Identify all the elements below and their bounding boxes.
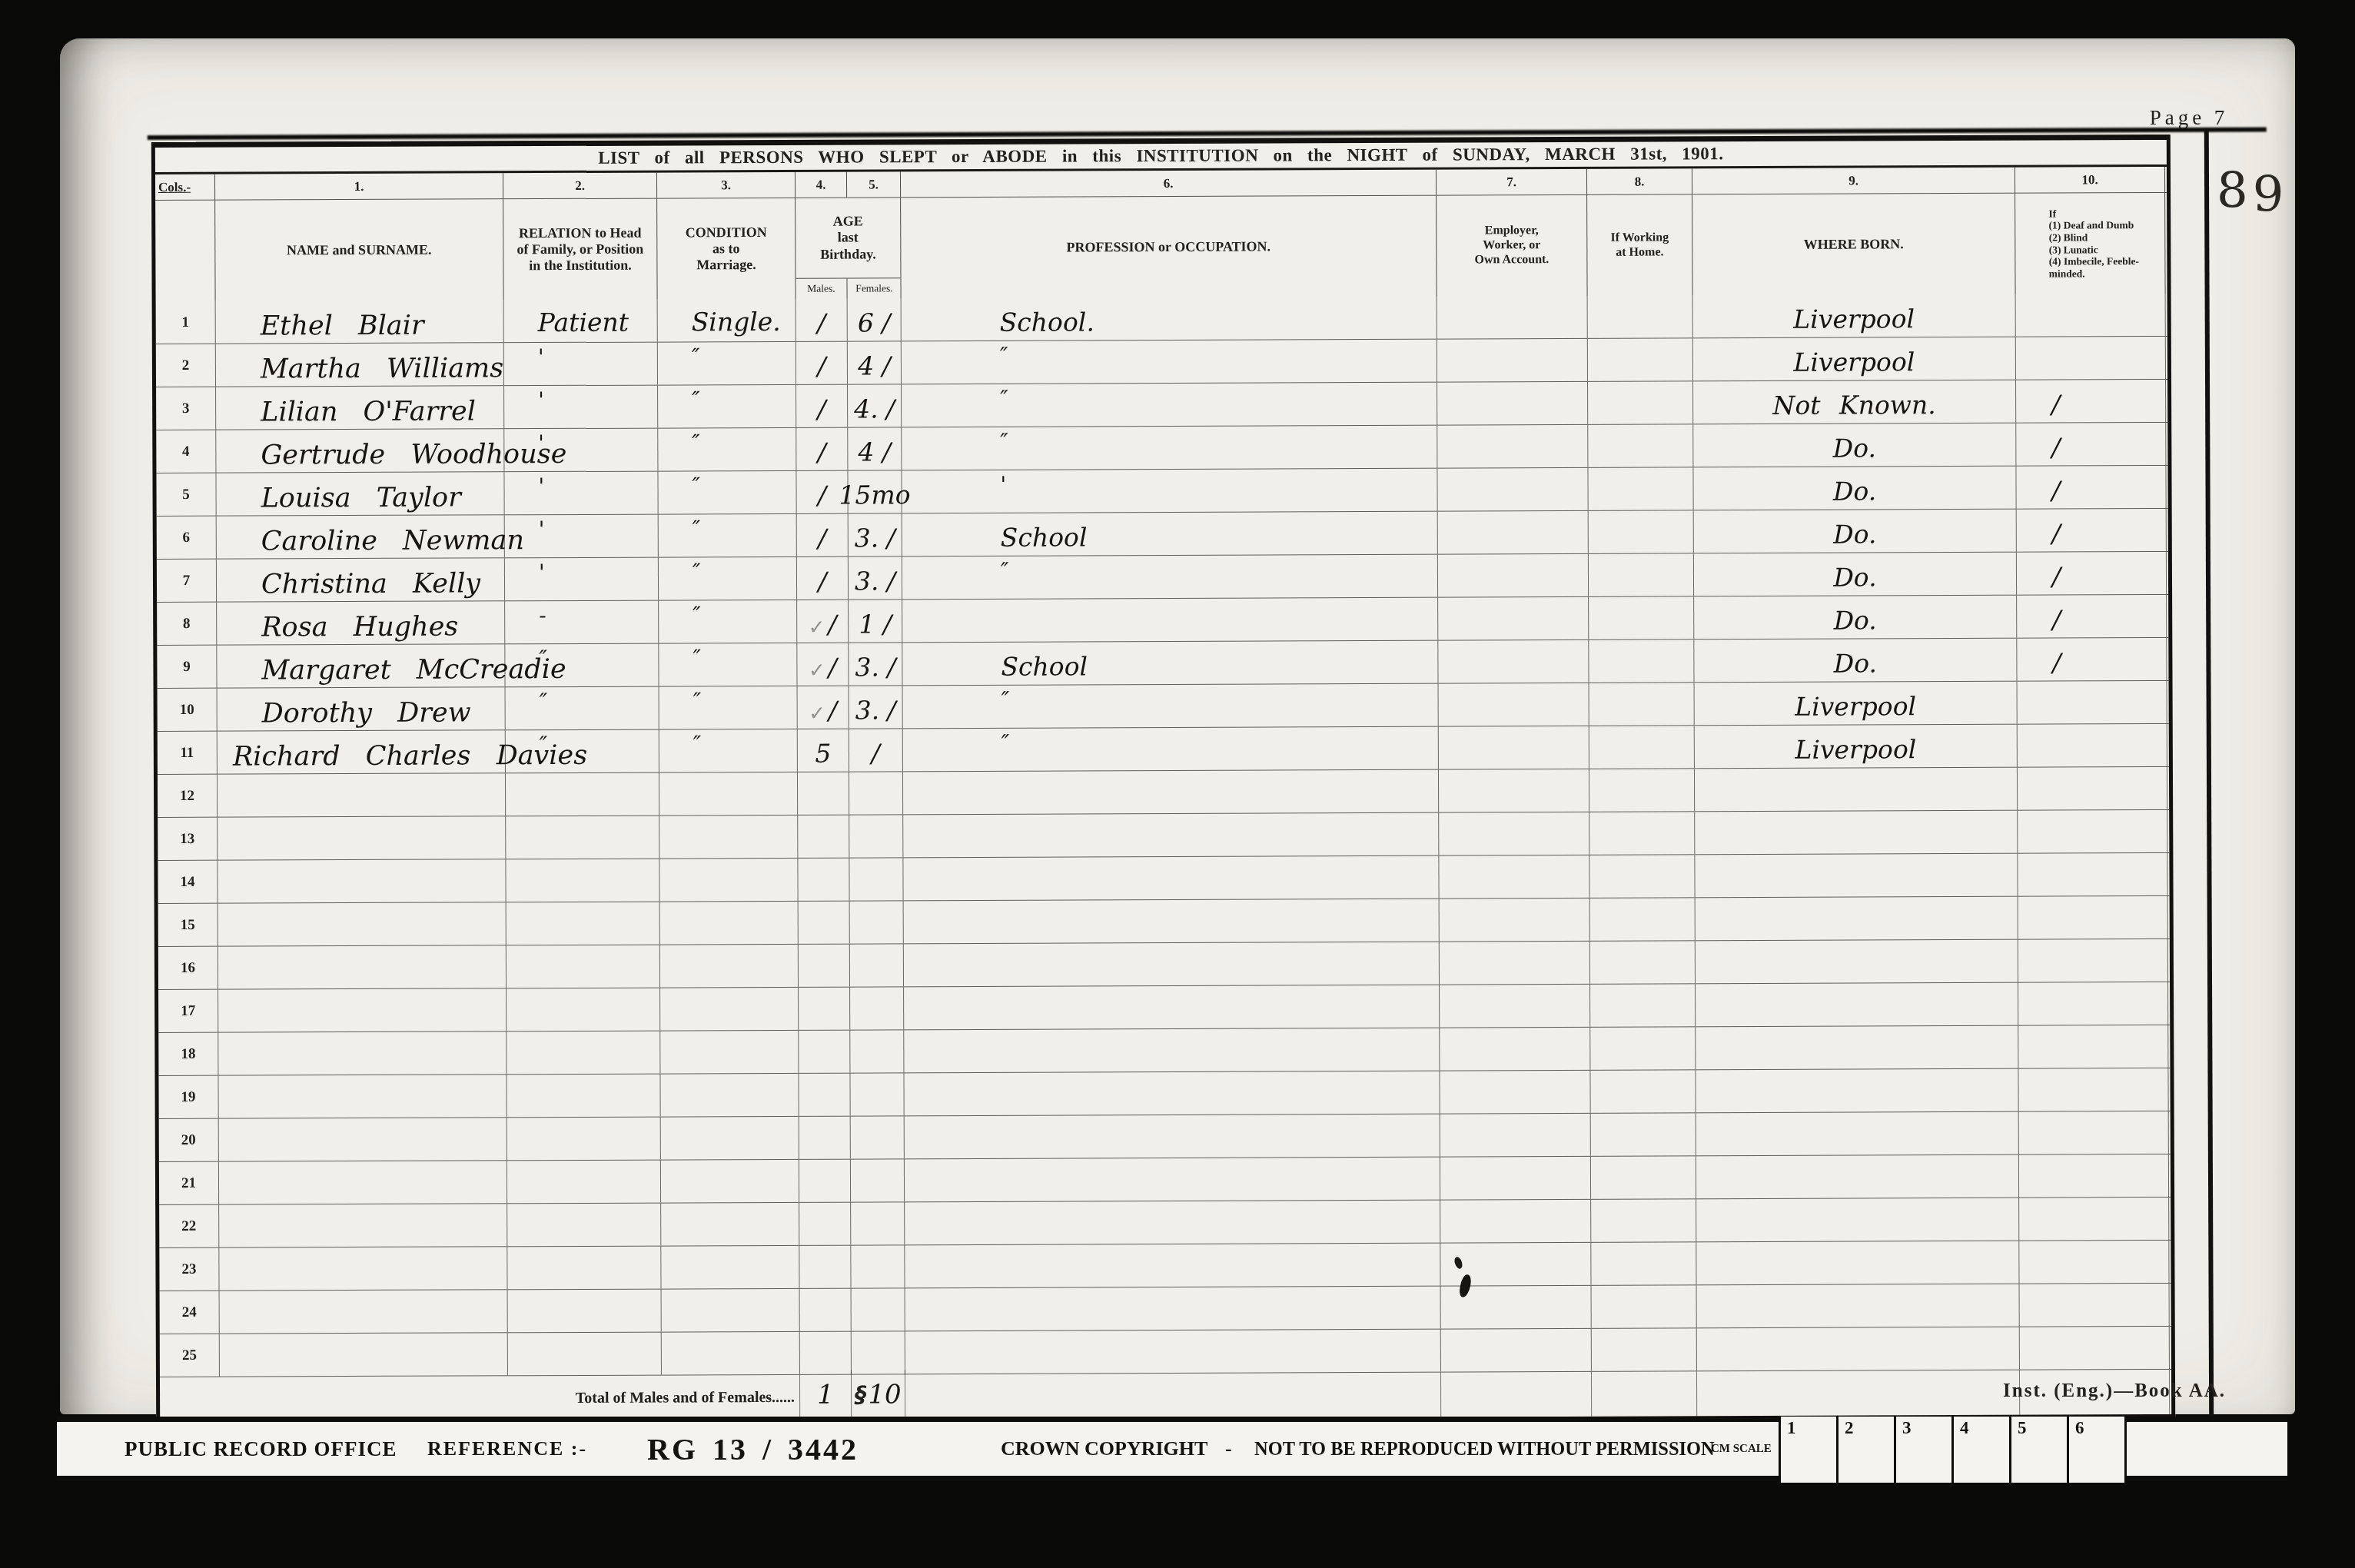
cell-condition [661, 1160, 799, 1203]
cell-profession [904, 985, 1440, 1030]
cell-profession: ″ [902, 555, 1438, 600]
row-number: 12 [158, 775, 218, 817]
header-infirmity: If (1) Deaf and Dumb (2) Blind (3) Lunat… [2015, 193, 2166, 294]
cell-relation [507, 1118, 661, 1161]
total-females: §10 [852, 1370, 905, 1419]
table-row: 5 Louisa Taylor ' ″ / 15mo ' Do. / [156, 466, 2167, 517]
cell-working-home [1589, 596, 1694, 639]
cell-age-male [799, 902, 850, 944]
cell-condition: Single. [658, 299, 796, 342]
cell-age-male: / [796, 385, 848, 427]
cell-age-male: / [797, 557, 849, 600]
cell-age-female [850, 987, 904, 1029]
document-paper: Page 7 LIST of all PERSONS WHO SLEPT or … [60, 38, 2295, 1414]
cell-employer [1440, 942, 1590, 985]
cell-profession [903, 770, 1439, 815]
cell-condition [659, 772, 798, 816]
cell-age-female [850, 944, 904, 986]
cell-profession: ″ [902, 426, 1437, 470]
cell-working-home [1590, 898, 1696, 941]
table-row: 11 Richard Charles Davies ″ ″ 5 / ″ Live… [158, 724, 2169, 775]
cell-age-male: ✓/ [798, 686, 849, 729]
row-number: 8 [157, 603, 217, 645]
totals-spacer [1441, 1372, 1592, 1417]
row-number: 7 [157, 560, 217, 602]
header-profession: PROFESSION or OCCUPATION. [901, 196, 1437, 299]
cell-where-born: Do. [1694, 639, 2017, 683]
cell-where-born [1696, 1198, 2019, 1242]
col-num-6: 6. [901, 170, 1437, 198]
cell-working-home [1589, 855, 1695, 898]
row-number: 14 [158, 861, 218, 903]
cell-working-home [1592, 1285, 1697, 1328]
table-row: 13 [158, 810, 2169, 861]
table-row: 10 Dorothy Drew ″ ″ ✓/ 3. / ″ Liverpool [158, 681, 2169, 732]
row-number: 19 [158, 1076, 218, 1118]
cell-condition: ″ [658, 385, 796, 428]
cell-infirmity [2018, 724, 2167, 767]
cell-name [220, 1290, 508, 1333]
col-num-10: 10. [2015, 167, 2165, 193]
cell-age-female [849, 815, 903, 857]
cell-employer [1440, 1200, 1591, 1243]
cell-infirmity [2019, 1198, 2169, 1241]
cell-name: Caroline Newman [217, 515, 505, 558]
cell-working-home [1588, 467, 1693, 510]
header-males: Males. [796, 279, 847, 299]
cell-age-female: 3. / [849, 686, 903, 728]
cell-age-male [798, 772, 849, 815]
cell-where-born [1696, 1026, 2018, 1070]
cell-name: Lilian O'Farrel [216, 386, 504, 429]
cell-working-home [1591, 1113, 1696, 1156]
cell-where-born [1696, 1112, 2019, 1156]
cell-condition [660, 945, 799, 988]
cell-employer [1439, 812, 1589, 855]
cell-profession [903, 856, 1439, 901]
cell-working-home [1590, 1027, 1696, 1070]
cell-where-born: Liverpool [1693, 337, 2016, 381]
cell-age-male [800, 1332, 852, 1374]
cell-age-female: 4 / [848, 341, 902, 384]
row-number: 25 [160, 1334, 220, 1377]
cell-condition [660, 1074, 799, 1117]
cell-profession [902, 598, 1438, 643]
cell-name [219, 1118, 507, 1161]
cell-profession: ″ [902, 340, 1437, 384]
cell-relation [507, 1204, 661, 1247]
cell-age-male [800, 1289, 852, 1331]
cell-employer [1437, 425, 1588, 468]
header-relation: RELATION to Head of Family, or Position … [503, 199, 658, 301]
table-row: 22 [159, 1198, 2171, 1248]
cell-age-female [851, 1245, 905, 1287]
cm-scale-label: CM SCALE [1711, 1422, 1772, 1476]
census-form-table: LIST of all PERSONS WHO SLEPT or ABODE i… [151, 135, 2175, 1426]
cell-name: Gertrude Woodhouse [216, 429, 504, 472]
copyright-label: CROWN COPYRIGHT [1001, 1422, 1207, 1476]
cell-name: Christina Kelly [217, 558, 505, 601]
header-name: NAME and SURNAME. [215, 199, 504, 301]
cell-condition: ″ [659, 557, 797, 600]
cell-relation [506, 816, 659, 859]
cell-relation: - [505, 601, 659, 644]
reference-label: REFERENCE :- [427, 1422, 587, 1476]
cell-age-male: 5 [798, 729, 849, 772]
cell-infirmity: / [2017, 509, 2167, 552]
row-number: 10 [158, 689, 218, 731]
office-label: PUBLIC RECORD OFFICE [125, 1422, 397, 1476]
cell-age-female: 4. / [848, 384, 902, 427]
row-number: 20 [159, 1119, 219, 1161]
cell-condition: ″ [658, 471, 796, 514]
cell-infirmity [2018, 810, 2167, 853]
cell-condition [662, 1289, 800, 1332]
header-working-home: If Working at Home. [1587, 194, 1693, 296]
cell-infirmity [2016, 294, 2166, 337]
cell-age-male [799, 945, 850, 987]
cell-infirmity: / [2016, 466, 2166, 509]
cell-name [219, 1247, 507, 1290]
cell-where-born [1695, 811, 2018, 855]
cell-relation [506, 859, 659, 902]
cell-infirmity [2018, 767, 2167, 810]
cell-profession [905, 1287, 1441, 1331]
cell-where-born [1697, 1284, 2020, 1328]
cell-age-male [798, 859, 849, 901]
cell-age-male [799, 1117, 851, 1159]
cell-employer [1440, 899, 1590, 942]
cell-relation: ″ [505, 644, 659, 687]
cell-infirmity [2020, 1284, 2170, 1327]
cell-profession [905, 1158, 1440, 1202]
cell-infirmity [2018, 853, 2167, 896]
pencil-check: ✓ [809, 659, 825, 683]
cell-employer [1440, 1071, 1590, 1114]
ruler-cell: 4 [1951, 1417, 2009, 1483]
cell-age-female [850, 1030, 904, 1072]
cell-working-home [1588, 295, 1693, 338]
table-row: 24 [160, 1284, 2171, 1334]
cell-profession [905, 1244, 1440, 1288]
cell-profession: School [902, 641, 1438, 686]
table-row: 20 [159, 1111, 2171, 1162]
archive-stamp-number: 89 [2217, 163, 2288, 220]
table-row: 25 [160, 1327, 2171, 1377]
table-row: 18 [158, 1025, 2170, 1076]
cell-name [219, 1204, 507, 1247]
cell-relation [507, 902, 660, 945]
cell-employer [1438, 597, 1589, 640]
cell-where-born: Do. [1694, 510, 2017, 553]
cell-condition [659, 859, 798, 902]
total-males: 1 [800, 1370, 852, 1420]
ruler-cell: 1 [1779, 1417, 1836, 1483]
cell-employer [1440, 1157, 1591, 1200]
cell-condition [659, 816, 798, 859]
cell-where-born: Not Known. [1693, 380, 2016, 424]
cell-employer [1440, 1028, 1590, 1071]
cell-condition: ″ [658, 342, 796, 385]
header-rownum-spacer [155, 201, 216, 301]
table-row: 7 Christina Kelly ' ″ / 3. / ″ Do. / [157, 552, 2168, 603]
table-row: 23 [159, 1241, 2171, 1291]
cell-age-female: 15mo [848, 470, 902, 513]
cell-profession [905, 1201, 1440, 1245]
cell-relation [507, 1031, 660, 1075]
cell-condition [661, 1246, 799, 1289]
table-row: 9 Margaret McCreadie ″ ″ ✓/ 3. / School … [157, 638, 2168, 689]
cell-working-home [1589, 639, 1694, 683]
header-where-born: WHERE BORN. [1692, 194, 2016, 296]
ruler-cell: 2 [1836, 1417, 1894, 1483]
cell-profession [904, 942, 1440, 987]
cell-working-home [1589, 769, 1695, 812]
cell-working-home [1589, 683, 1695, 726]
cell-age-female: 3. / [849, 643, 902, 685]
cell-relation: Patient [504, 300, 658, 343]
row-number: 15 [158, 904, 218, 946]
cell-age-male: / [796, 428, 848, 470]
cell-age-female [849, 858, 903, 900]
header-age: AGE last Birthday. Males. Females. [796, 198, 902, 299]
cell-profession [905, 1330, 1441, 1374]
cell-age-female: 1 / [849, 600, 902, 642]
cell-profession [904, 1071, 1440, 1116]
cell-infirmity [2018, 982, 2168, 1025]
table-row: 8 Rosa Hughes - ″ ✓/ 1 / Do. / [157, 595, 2168, 646]
cell-where-born [1696, 983, 2018, 1027]
row-number: 23 [159, 1248, 219, 1291]
col-num-1: 1. [215, 173, 503, 199]
cell-infirmity: / [2017, 595, 2167, 638]
cell-relation: ' [504, 429, 658, 472]
cell-working-home [1591, 1156, 1696, 1199]
cell-infirmity [2019, 1241, 2169, 1284]
table-row: 19 [158, 1068, 2170, 1119]
pencil-check: ✓ [809, 616, 825, 639]
cell-name [218, 859, 506, 902]
cell-infirmity [2019, 1154, 2169, 1198]
cell-employer [1437, 382, 1588, 425]
cell-relation [507, 988, 660, 1031]
column-header-row: NAME and SURNAME. RELATION to Head of Fa… [155, 193, 2167, 301]
cell-age-female [851, 1116, 905, 1158]
cell-name [218, 945, 507, 988]
cell-condition: ″ [659, 729, 798, 772]
row-number: 1 [156, 301, 216, 344]
cell-condition [660, 1031, 799, 1074]
cell-age-female [850, 1073, 904, 1115]
cols-label: Cols.- [155, 174, 215, 200]
cell-name: Rosa Hughes [217, 601, 505, 644]
cell-where-born: Do. [1693, 424, 2016, 467]
cell-name: Martha Williams [216, 343, 504, 386]
row-number: 11 [158, 732, 218, 774]
cell-relation [507, 945, 660, 988]
cell-age-female: 6 / [848, 298, 902, 341]
cell-profession: School [902, 512, 1438, 556]
cell-where-born: Do. [1694, 596, 2017, 639]
cell-relation [508, 1290, 662, 1333]
cell-employer [1438, 554, 1589, 597]
cell-age-male: / [796, 342, 848, 384]
census-scan: { "page": { "page_label": "Page 7", "sta… [0, 0, 2355, 1568]
table-row: 12 [158, 767, 2169, 818]
cell-infirmity [2018, 1068, 2168, 1111]
cell-profession [904, 899, 1440, 944]
cell-name: Louisa Taylor [216, 472, 504, 515]
cell-age-female: 3. / [849, 556, 902, 599]
cell-age-female: 3. / [849, 513, 902, 556]
cell-condition: ″ [659, 643, 797, 686]
cell-profession: School. [902, 297, 1437, 341]
cell-name [218, 1031, 507, 1075]
cell-condition [661, 1203, 799, 1246]
cell-infirmity [2018, 681, 2167, 724]
cell-profession: ' [902, 469, 1437, 513]
cell-where-born [1695, 854, 2018, 898]
cell-condition: ″ [659, 600, 797, 643]
cell-where-born [1696, 897, 2018, 941]
cell-where-born: Liverpool [1693, 294, 2016, 338]
cell-infirmity: / [2017, 638, 2167, 681]
cell-name [219, 1161, 507, 1204]
table-row: 1 Ethel Blair Patient Single. / 6 / Scho… [156, 294, 2167, 344]
cell-name [220, 1333, 508, 1376]
cell-working-home [1588, 424, 1693, 467]
cell-relation [507, 1161, 661, 1204]
header-employer: Employer, Worker, or Own Account. [1437, 195, 1588, 297]
book-reference-label: Inst. (Eng.)—Book AA. [1657, 1380, 2226, 1402]
header-condition: CONDITION as to Marriage. [657, 198, 796, 300]
cell-relation: ' [505, 558, 659, 601]
cell-profession: ″ [903, 727, 1439, 772]
cell-where-born [1696, 1155, 2019, 1199]
cell-age-male [799, 1074, 850, 1116]
cell-employer [1440, 985, 1590, 1028]
cell-working-home [1591, 1242, 1696, 1285]
cell-working-home [1588, 381, 1693, 424]
cell-condition [662, 1332, 800, 1375]
cell-name [218, 1075, 507, 1118]
page-number-label: Page 7 [2097, 106, 2281, 130]
cell-working-home [1589, 510, 1694, 553]
cell-where-born [1695, 768, 2018, 812]
reference-number: RG 13 / 3442 [647, 1422, 859, 1476]
header-age-label: AGE last Birthday. [820, 198, 876, 277]
cell-employer [1439, 726, 1589, 769]
header-age-subrow: Males. Females. [796, 277, 900, 299]
col-num-4: 4. [796, 172, 847, 198]
cell-working-home [1589, 726, 1695, 769]
cell-name: Dorothy Drew [218, 687, 506, 730]
row-number: 3 [156, 387, 216, 430]
cell-age-female [851, 1202, 905, 1244]
ruler-cell: 5 [2009, 1417, 2067, 1483]
cell-where-born [1696, 1241, 2019, 1285]
row-number: 16 [158, 947, 218, 989]
cell-infirmity [2016, 337, 2166, 380]
cell-infirmity [2018, 896, 2168, 939]
cell-infirmity [2018, 1025, 2168, 1068]
cell-employer [1438, 511, 1589, 554]
cell-age-male [799, 1160, 851, 1202]
table-row: 6 Caroline Newman ' ″ / 3. / School Do. … [157, 509, 2168, 560]
cell-employer [1437, 468, 1588, 511]
cell-employer [1438, 640, 1589, 683]
cell-name: Margaret McCreadie [217, 644, 505, 687]
cell-name: Ethel Blair [216, 300, 504, 343]
cell-profession [904, 1028, 1440, 1073]
cell-profession: ″ [902, 383, 1437, 427]
row-number: 5 [156, 473, 216, 516]
cell-age-male: ✓/ [797, 643, 849, 686]
cell-where-born [1697, 1327, 2020, 1371]
cell-relation [506, 773, 659, 816]
cell-infirmity [2018, 939, 2168, 982]
cell-condition: ″ [659, 686, 798, 729]
totals-spacer [905, 1373, 1441, 1420]
table-row: 14 [158, 853, 2169, 904]
cell-age-female [852, 1331, 905, 1374]
cell-where-born: Liverpool [1695, 725, 2018, 769]
row-number: 2 [156, 344, 216, 387]
cell-infirmity [2020, 1327, 2170, 1370]
cell-infirmity [2019, 1111, 2169, 1154]
cell-relation: ' [504, 472, 658, 515]
cell-relation: ″ [506, 687, 659, 730]
pencil-check: ✓ [809, 703, 825, 726]
cell-relation [508, 1333, 662, 1376]
cell-employer [1440, 1114, 1591, 1157]
table-row: 2 Martha Williams ' ″ / 4 / ″ Liverpool [156, 337, 2167, 387]
row-number: 9 [157, 646, 217, 688]
cell-age-female [850, 901, 904, 943]
cell-relation: ' [504, 343, 658, 386]
row-number: 24 [160, 1291, 220, 1334]
cell-working-home [1591, 1199, 1696, 1242]
table-row: 21 [159, 1154, 2171, 1205]
cell-age-female: / [849, 729, 903, 771]
col-num-2: 2. [503, 173, 657, 199]
row-number: 6 [157, 517, 217, 559]
cell-profession: ″ [903, 684, 1439, 729]
col-num-8: 8. [1587, 168, 1692, 194]
public-record-office-bar: PUBLIC RECORD OFFICE REFERENCE :- RG 13 … [57, 1417, 2287, 1481]
cell-employer [1439, 683, 1589, 726]
cell-name [218, 773, 506, 816]
cell-name [218, 816, 506, 859]
row-number: 4 [156, 430, 216, 473]
cell-where-born: Liverpool [1695, 682, 2018, 726]
cell-age-male [799, 1031, 850, 1073]
cell-where-born: Do. [1694, 553, 2017, 596]
ruler-cell: 3 [1894, 1417, 1951, 1483]
table-row: 3 Lilian O'Farrel ' ″ / 4. / ″ Not Known… [156, 380, 2167, 430]
cell-age-female [852, 1288, 905, 1330]
cell-age-male: / [796, 299, 848, 341]
cell-relation: ″ [506, 730, 659, 773]
cell-working-home [1590, 1070, 1696, 1113]
cell-where-born: Do. [1693, 467, 2016, 510]
cell-working-home [1590, 984, 1696, 1027]
table-row: 4 Gertrude Woodhouse ' ″ / 4 / ″ Do. / [156, 423, 2167, 473]
cell-employer [1439, 769, 1589, 812]
cell-infirmity: / [2017, 552, 2167, 595]
cell-where-born [1696, 940, 2018, 984]
cell-working-home [1592, 1328, 1697, 1371]
